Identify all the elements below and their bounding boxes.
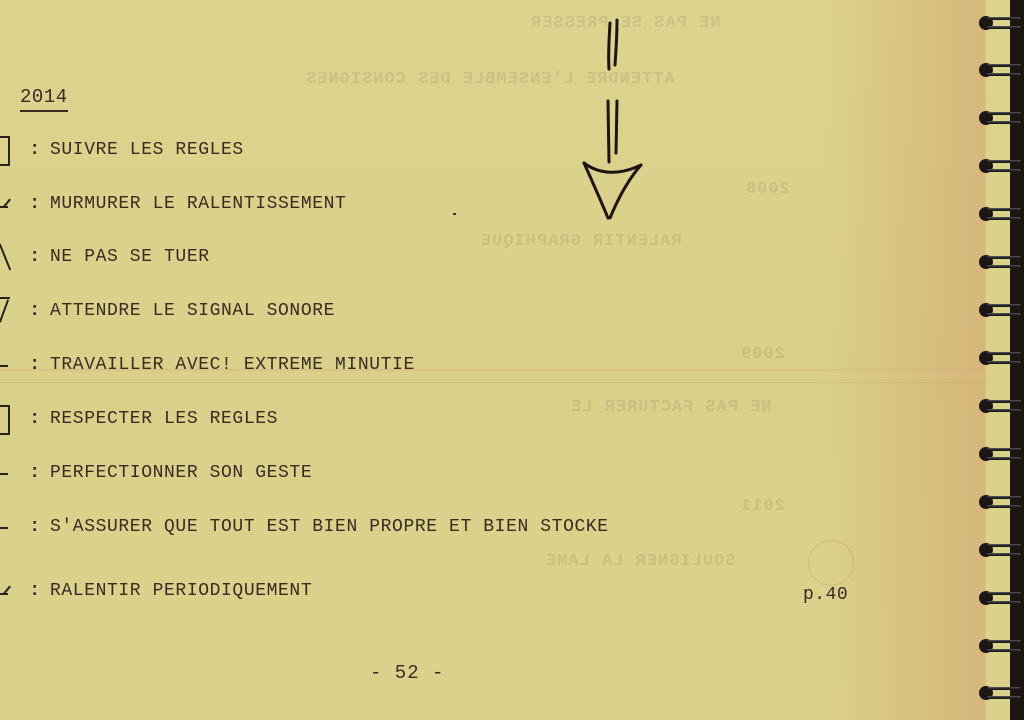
slash-icon — [0, 245, 22, 269]
square-bracket-icon — [0, 407, 22, 431]
separator: : — [22, 301, 48, 321]
rule-item: : S'ASSURER QUE TOUT EST BIEN PROPRE ET … — [0, 515, 609, 539]
spiral-ring-icon — [979, 301, 1019, 321]
bleed-through-text: 2011 — [740, 497, 785, 516]
separator: : — [22, 355, 48, 375]
angle-icon — [0, 192, 22, 216]
bleed-through-text: NE PAS FACTURER LE — [570, 398, 772, 417]
separator: : — [22, 463, 48, 483]
spiral-ring-icon — [979, 445, 1019, 465]
rule-text: MURMURER LE RALENTISSEMENT — [48, 194, 346, 214]
rule-item: : RESPECTER LES REGLES — [0, 407, 278, 431]
rule-item: : MURMURER LE RALENTISSEMENT — [0, 192, 346, 216]
ink-speck — [453, 213, 456, 215]
spiral-ring-icon — [979, 205, 1019, 225]
spiral-ring-icon — [979, 61, 1019, 81]
dash-icon — [0, 353, 22, 377]
rule-text: S'ASSURER QUE TOUT EST BIEN PROPRE ET BI… — [48, 517, 609, 537]
rule-text: RESPECTER LES REGLES — [48, 409, 278, 429]
angle-icon — [0, 579, 22, 603]
notebook-page: NE PAS SE PRESSER ATTENDRE L'ENSEMBLE DE… — [0, 0, 1024, 720]
separator: : — [22, 517, 48, 537]
bleed-through-circle — [808, 540, 854, 586]
rule-text: TRAVAILLER AVEC! EXTREME MINUTIE — [48, 355, 415, 375]
separator: : — [22, 409, 48, 429]
bleed-through-text: 2008 — [745, 180, 790, 199]
bleed-through-text: 2009 — [740, 345, 785, 364]
rule-text: PERFECTIONNER SON GESTE — [48, 463, 312, 483]
spiral-ring-icon — [979, 637, 1019, 657]
page-number: - 52 - — [370, 662, 444, 684]
rule-item: : NE PAS SE TUER — [0, 245, 210, 269]
separator: : — [22, 194, 48, 214]
rule-text: NE PAS SE TUER — [48, 247, 210, 267]
dash-icon — [0, 461, 22, 485]
rule-item: : ATTENDRE LE SIGNAL SONORE — [0, 299, 335, 323]
rule-text: ATTENDRE LE SIGNAL SONORE — [48, 301, 335, 321]
hand-drawn-arrow-icon — [575, 5, 655, 230]
spiral-ring-icon — [979, 349, 1019, 369]
separator: : — [22, 140, 48, 160]
bleed-through-text: SOULIGNER LA LAME — [545, 552, 735, 571]
spiral-ring-icon — [979, 109, 1019, 129]
bleed-through-text: RALENTIR GRAPHIQUE — [480, 232, 682, 251]
separator: : — [22, 581, 48, 601]
separator: : — [22, 247, 48, 267]
spiral-binding — [975, 0, 1024, 720]
rule-text: RALENTIR PERIODIQUEMENT — [48, 581, 312, 601]
triangle-icon — [0, 299, 22, 323]
page-reference: p.40 — [803, 585, 848, 605]
paper-fold-edge — [0, 382, 985, 383]
dash-icon — [0, 515, 22, 539]
rule-item: : TRAVAILLER AVEC! EXTREME MINUTIE — [0, 353, 415, 377]
spiral-ring-icon — [979, 493, 1019, 513]
year-heading: 2014 — [20, 86, 68, 112]
spiral-ring-icon — [979, 589, 1019, 609]
spiral-ring-icon — [979, 684, 1019, 704]
spiral-ring-icon — [979, 397, 1019, 417]
rule-item: : PERFECTIONNER SON GESTE — [0, 461, 312, 485]
spiral-ring-icon — [979, 14, 1019, 34]
rule-item: : RALENTIR PERIODIQUEMENT — [0, 579, 312, 603]
rule-text: SUIVRE LES REGLES — [48, 140, 244, 160]
rule-item: : SUIVRE LES REGLES — [0, 138, 244, 162]
square-bracket-icon — [0, 138, 22, 162]
spiral-ring-icon — [979, 253, 1019, 273]
spiral-ring-icon — [979, 541, 1019, 561]
spiral-ring-icon — [979, 157, 1019, 177]
